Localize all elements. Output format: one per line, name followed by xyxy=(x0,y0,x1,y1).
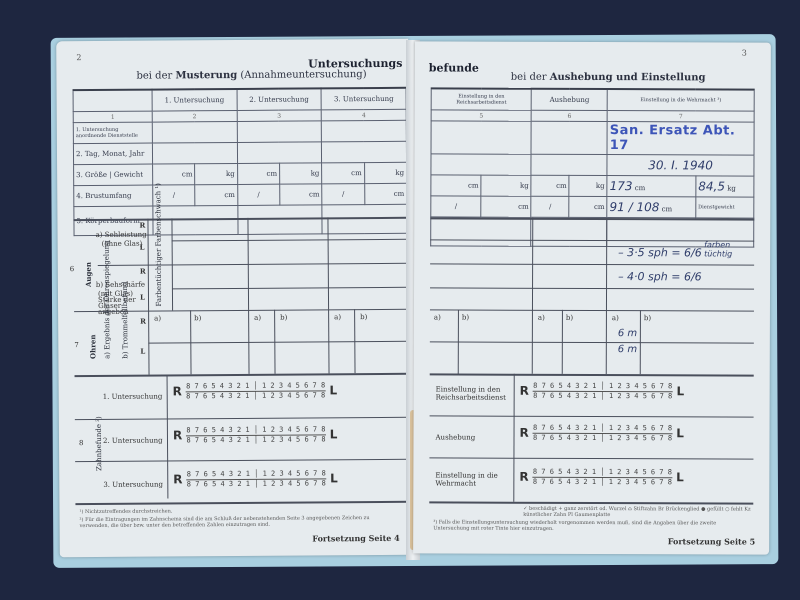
header-cell: 2. Untersuchung xyxy=(237,88,322,110)
unit-cm[interactable]: cm xyxy=(531,175,569,196)
right-page: 3 befunde bei der Aushebung und Einstell… xyxy=(413,41,771,554)
unit-cm: cm xyxy=(662,205,673,213)
lower-right-teeth: 8 7 6 5 4 3 2 1 xyxy=(186,392,249,400)
input-cell[interactable] xyxy=(531,217,607,246)
lower-left-teeth: 1 2 3 4 5 6 7 8 xyxy=(263,479,326,487)
unit-cm[interactable]: cm xyxy=(431,175,481,196)
eyes-a-label: a) Sehleistung xyxy=(96,231,147,239)
ears-label: Ohren xyxy=(88,335,97,359)
lower-right-teeth: 8 7 6 5 4 3 2 1 xyxy=(187,480,250,488)
ears-a-label: a) Ergebnis der Ohrenspiegelung xyxy=(104,319,110,359)
table-row: 4. Brustumfang / cm / cm / cm xyxy=(74,183,407,206)
ear-left-value[interactable]: 6 m xyxy=(618,344,637,355)
table-row: 30. I. 1940 xyxy=(431,154,754,176)
divider xyxy=(430,309,754,311)
sub-b: b) xyxy=(360,313,367,321)
teeth-row-label: Einstellung in den Reichsarbeitsdienst xyxy=(436,385,510,401)
input-cell[interactable] xyxy=(431,154,531,175)
input-cell[interactable] xyxy=(431,121,532,154)
divider xyxy=(430,373,754,376)
column-number: 7 xyxy=(607,111,754,123)
lower-left-teeth: 1 2 3 4 5 6 7 8 xyxy=(609,478,672,486)
left-marker: L xyxy=(329,383,337,397)
footnote: ²) Für die Eintragungen im Zahnschema si… xyxy=(80,515,400,529)
sub-a: a) xyxy=(334,313,341,321)
subheading-bold: Aushebung und Einstellung xyxy=(550,72,706,84)
sub-b: b) xyxy=(644,314,651,322)
right-marker: R xyxy=(519,470,528,484)
height-cell[interactable]: 173 cm xyxy=(607,176,696,197)
teeth-chart-1[interactable]: R 8 7 6 5 4 3 2 1 │ 1 2 3 4 5 6 7 88 7 6… xyxy=(173,381,338,401)
divider xyxy=(606,218,608,374)
color-vision-note: farben tüchtig xyxy=(704,240,744,258)
unit-cm[interactable]: cm xyxy=(322,163,364,184)
upper-left-teeth: 1 2 3 4 5 6 7 8 xyxy=(609,382,672,390)
divider xyxy=(430,341,754,343)
input-cell[interactable] xyxy=(152,121,237,143)
unit-cm[interactable]: cm xyxy=(364,183,407,204)
teeth-label: Zahnbefunde ²) xyxy=(95,416,103,471)
upper-right-teeth: 8 7 6 5 4 3 2 1 xyxy=(186,426,249,434)
divider xyxy=(148,341,408,344)
right-marker: R xyxy=(173,428,182,442)
subheading-prefix: bei der xyxy=(511,72,547,83)
column-number: 4 xyxy=(321,109,406,121)
section-subheading: bei der Musterung (Annahmeuntersuchung) xyxy=(136,69,366,82)
unit-cm[interactable]: cm xyxy=(237,163,279,184)
lower-right-teeth: 8 7 6 5 4 3 2 1 xyxy=(186,436,249,444)
teeth-row-label: Aushebung xyxy=(435,433,475,441)
separator[interactable]: / xyxy=(531,196,569,217)
table-row: / cm / cm 91 / 108 cm Dienstgewicht xyxy=(431,196,754,218)
table-row: 1. Untersuchung anordnende Dienststelle xyxy=(73,120,406,143)
sub-b: b) xyxy=(462,314,469,322)
side-R: R xyxy=(140,317,146,326)
input-cell[interactable] xyxy=(152,142,237,164)
left-marker: L xyxy=(676,426,684,440)
weight-note: Dienstgewicht xyxy=(696,197,754,218)
upper-left-teeth: 1 2 3 4 5 6 7 8 xyxy=(609,468,672,476)
ear-right-value[interactable]: 6 m xyxy=(618,328,637,339)
unit-kg[interactable]: kg xyxy=(280,163,322,184)
row-label: 1. Untersuchung anordnende Dienststelle xyxy=(73,122,152,144)
footnote: ¹) Nichtzutreffendes durchstreichen. xyxy=(79,507,399,515)
left-page: 2 Untersuchungs bei der Musterung (Annah… xyxy=(56,39,412,557)
lower-left-teeth: 1 2 3 4 5 6 7 8 xyxy=(262,391,325,399)
teeth-chart-2[interactable]: R 8 7 6 5 4 3 2 1 │ 1 2 3 4 5 6 7 88 7 6… xyxy=(173,425,338,445)
teeth-chart-aushebung[interactable]: R 8 7 6 5 4 3 2 1 │ 1 2 3 4 5 6 7 88 7 6… xyxy=(519,424,684,444)
column-number: 6 xyxy=(532,110,608,121)
continuation-note: Fortsetzung Seite 5 xyxy=(668,536,755,546)
page-number: 3 xyxy=(742,49,747,58)
divider xyxy=(532,218,534,374)
teeth-chart-wehrmacht[interactable]: R 8 7 6 5 4 3 2 1 │ 1 2 3 4 5 6 7 88 7 6… xyxy=(519,468,684,488)
input-cell[interactable] xyxy=(322,141,407,163)
header-cell: 3. Untersuchung xyxy=(321,88,406,110)
side-R: R xyxy=(140,267,146,276)
left-marker: L xyxy=(676,384,684,398)
upper-right-teeth: 8 7 6 5 4 3 2 1 xyxy=(533,468,596,476)
row-label: 3. Größe | Gewicht xyxy=(74,164,153,186)
teeth-row-label: 1. Untersuchung xyxy=(103,393,163,401)
side-L: L xyxy=(140,243,145,252)
input-cell[interactable] xyxy=(531,154,607,175)
page-number: 2 xyxy=(76,53,81,62)
column-number: 2 xyxy=(152,110,237,122)
divider xyxy=(429,457,753,459)
teeth-chart-3[interactable]: R 8 7 6 5 4 3 2 1 │ 1 2 3 4 5 6 7 88 7 6… xyxy=(173,469,338,489)
divider xyxy=(98,263,408,266)
separator[interactable]: / xyxy=(237,184,279,205)
exam-date[interactable]: 30. I. 1940 xyxy=(607,155,754,177)
sub-a: a) xyxy=(538,314,545,322)
sub-b: b) xyxy=(280,314,287,322)
sub-a: a) xyxy=(254,314,261,322)
divider xyxy=(75,459,409,462)
column-number: 5 xyxy=(431,110,531,121)
unit-kg[interactable]: kg xyxy=(481,175,531,196)
teeth-row-label: 2. Untersuchung xyxy=(103,437,163,445)
sub-b: b) xyxy=(566,314,573,322)
upper-left-teeth: 1 2 3 4 5 6 7 8 xyxy=(262,381,325,389)
eye-b-value[interactable]: – 4·0 sph = 6/6 xyxy=(618,270,702,283)
header-cell: Einstellung in den Reichsarbeitsdienst xyxy=(431,88,531,110)
left-marker: L xyxy=(330,427,338,441)
unit-cm[interactable]: cm xyxy=(195,184,237,205)
separator[interactable]: / xyxy=(322,184,364,205)
section-subheading: bei der Aushebung und Einstellung xyxy=(511,72,706,84)
lower-right-teeth: 8 7 6 5 4 3 2 1 xyxy=(533,392,596,400)
divider xyxy=(513,374,514,502)
input-cell[interactable] xyxy=(322,120,407,142)
chest-cell[interactable]: 91 / 108 cm xyxy=(607,197,696,218)
unit-cm[interactable]: cm xyxy=(280,184,322,205)
color-vision-label: Farbentüchtiger Farbenschwach ¹) xyxy=(156,247,162,307)
continuation-note: Fortsetzung Seite 4 xyxy=(312,533,399,544)
upper-left-teeth: 1 2 3 4 5 6 7 8 xyxy=(262,425,325,433)
input-cell[interactable] xyxy=(431,217,531,246)
table-header-row: Einstellung in den Reichsarbeitsdienst A… xyxy=(431,88,754,111)
upper-left-teeth: 1 2 3 4 5 6 7 8 xyxy=(609,424,672,432)
divider xyxy=(430,415,754,417)
sub-b: b) xyxy=(194,314,201,322)
subheading-bold: Musterung xyxy=(175,70,237,81)
divider xyxy=(75,373,409,377)
header-cell: 1. Untersuchung xyxy=(152,89,237,111)
unit-kg[interactable]: kg xyxy=(364,162,407,183)
lower-left-teeth: 1 2 3 4 5 6 7 8 xyxy=(609,392,672,400)
exam-table-top: 1. Untersuchung 2. Untersuchung 3. Unter… xyxy=(73,87,408,236)
right-marker: R xyxy=(520,426,529,440)
table-header-row: 1. Untersuchung 2. Untersuchung 3. Unter… xyxy=(73,88,406,112)
section-number: 6 xyxy=(70,265,75,273)
left-marker: L xyxy=(330,471,338,485)
header-cell: Einstellung in die Wehrmacht ³) xyxy=(607,89,754,111)
lower-left-teeth: 1 2 3 4 5 6 7 8 xyxy=(609,434,672,442)
weight-value: 84,5 xyxy=(698,179,725,193)
section-number: 8 xyxy=(79,439,84,447)
eyes-label: Augen xyxy=(84,262,93,287)
subheading-prefix: bei der xyxy=(136,70,172,81)
upper-right-teeth: 8 7 6 5 4 3 2 1 xyxy=(533,382,596,390)
unit-cm: cm xyxy=(635,184,646,192)
upper-left-teeth: 1 2 3 4 5 6 7 8 xyxy=(263,469,326,477)
column-number: 1 xyxy=(73,111,152,123)
teeth-symbol-legend: ✓ beschädigt + ganz zerstört od. Wurzel … xyxy=(523,506,759,519)
sub-a: a) xyxy=(434,313,441,321)
upper-right-teeth: 8 7 6 5 4 3 2 1 xyxy=(187,470,250,478)
unit-kg: kg xyxy=(727,184,736,192)
input-cell[interactable] xyxy=(237,142,322,164)
input-cell[interactable] xyxy=(237,121,322,143)
divider xyxy=(172,239,408,242)
divider xyxy=(430,263,754,265)
row-label: 4. Brustumfang xyxy=(74,185,153,207)
unit-stamp[interactable]: San. Ersatz Abt. 17 xyxy=(607,122,754,156)
divider xyxy=(172,287,408,290)
side-L: L xyxy=(140,347,145,356)
eye-a-value[interactable]: – 3·5 sph = 6/6 xyxy=(618,246,702,259)
sub-a: a) xyxy=(154,315,161,323)
teeth-chart-rad[interactable]: R 8 7 6 5 4 3 2 1 │ 1 2 3 4 5 6 7 88 7 6… xyxy=(520,382,685,402)
column-number: 3 xyxy=(237,110,322,122)
row-label: 2. Tag, Monat, Jahr xyxy=(73,143,152,165)
unit-cm[interactable]: cm xyxy=(481,196,531,217)
unit-kg[interactable]: kg xyxy=(569,175,607,196)
chest-value: 91 / 108 xyxy=(610,200,660,214)
table-row: cm kg cm kg 173 cm 84,5 kg xyxy=(431,175,754,197)
divider xyxy=(75,417,409,420)
teeth-row-label: Einstellung in die Wehrmacht xyxy=(435,471,509,487)
table-row: San. Ersatz Abt. 17 xyxy=(431,121,754,155)
exam-table-top-right: Einstellung in den Reichsarbeitsdienst A… xyxy=(430,87,755,247)
header-cell xyxy=(73,90,152,112)
subheading-suffix: (Annahmeuntersuchung) xyxy=(240,69,366,81)
right-marker: R xyxy=(173,384,182,398)
section-number: 7 xyxy=(74,341,79,349)
label-height: 3. Größe xyxy=(76,171,107,179)
lower-left-teeth: 1 2 3 4 5 6 7 8 xyxy=(262,435,325,443)
weight-cell[interactable]: 84,5 kg xyxy=(696,176,754,197)
unit-cm[interactable]: cm xyxy=(569,196,607,217)
right-marker: R xyxy=(520,384,529,398)
separator[interactable]: / xyxy=(431,196,481,217)
side-R: R xyxy=(139,221,145,230)
input-cell[interactable] xyxy=(531,121,607,154)
divider xyxy=(429,501,753,504)
divider xyxy=(167,374,169,498)
right-marker: R xyxy=(173,472,182,486)
lower-right-teeth: 8 7 6 5 4 3 2 1 xyxy=(533,434,596,442)
left-marker: L xyxy=(676,470,684,484)
divider xyxy=(75,501,409,505)
height-value: 173 xyxy=(610,179,633,193)
divider xyxy=(430,287,754,289)
sub-a: a) xyxy=(612,314,619,322)
lower-right-teeth: 8 7 6 5 4 3 2 1 xyxy=(533,478,596,486)
upper-right-teeth: 8 7 6 5 4 3 2 1 xyxy=(186,382,249,390)
unit-kg[interactable]: kg xyxy=(195,163,237,184)
label-weight: Gewicht xyxy=(114,171,143,179)
footnote: ³) Falls die Einstellungsuntersuchung wi… xyxy=(433,519,753,532)
side-L: L xyxy=(140,293,145,302)
teeth-row-label: 3. Untersuchung xyxy=(103,481,163,489)
ears-b-label: b) Trommelfellbefund xyxy=(122,319,128,359)
header-cell: Aushebung xyxy=(532,89,608,111)
table-row: 3. Größe | Gewicht cm kg cm kg cm kg xyxy=(74,162,407,185)
unit-cm[interactable]: cm xyxy=(153,164,195,185)
page-heading: befunde xyxy=(429,61,479,74)
upper-right-teeth: 8 7 6 5 4 3 2 1 xyxy=(533,424,596,432)
table-row: 2. Tag, Monat, Jahr xyxy=(73,141,406,164)
